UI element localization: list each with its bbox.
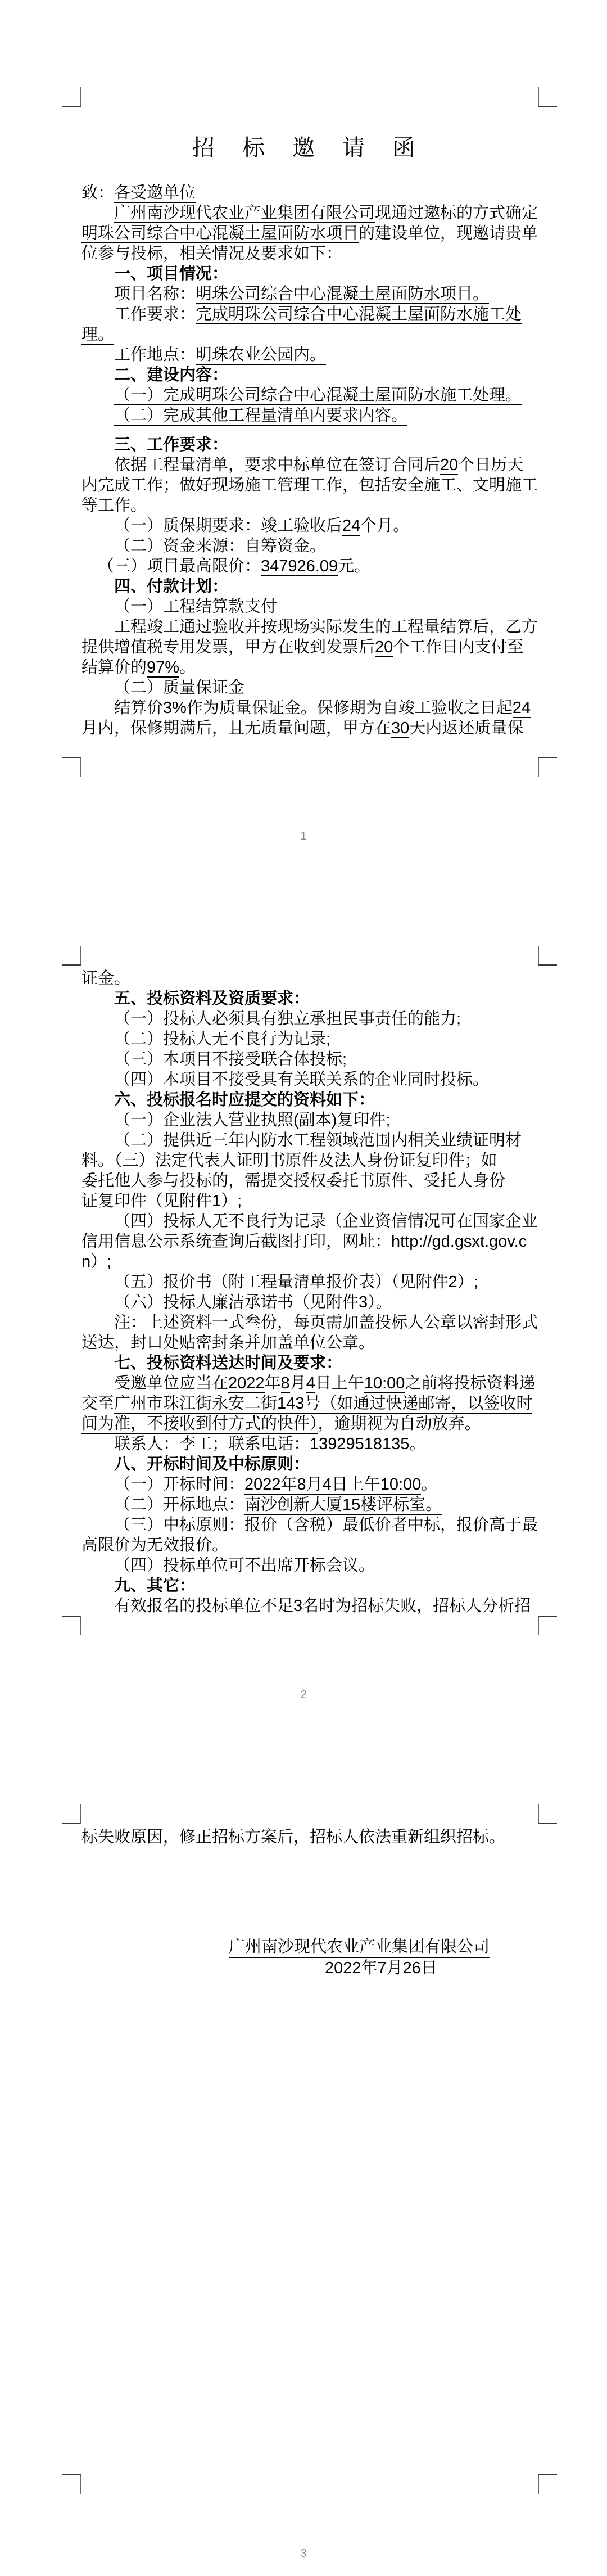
crop-mark-bottom-left-icon: [62, 757, 81, 777]
text-line: 九、其它：: [81, 1576, 540, 1596]
text-line: 注：上述资料一式叁份，每页需加盖投标人公章以密封形式: [81, 1312, 540, 1333]
crop-mark-top-left-icon: [62, 87, 81, 107]
text-segment: 结算价3%作为质量保证金。保修期为自竣工验收之日起: [114, 699, 513, 717]
text-segment: 月: [290, 1374, 306, 1392]
underlined-text: 8: [281, 1374, 290, 1393]
text-line: 致：各受邀单位: [81, 183, 540, 203]
text-segment: 送达，封口处贴密封条并加盖单位公章。: [81, 1334, 375, 1352]
text-segment: 结算价的: [81, 658, 147, 676]
text-segment: 交至: [81, 1395, 114, 1413]
text-segment: 之前将投标资料递: [405, 1374, 535, 1392]
text-segment: 个月。: [360, 517, 409, 535]
text-line: 五、投标资料及资质要求：: [81, 989, 540, 1009]
page-number-3: 3: [0, 2547, 607, 2560]
text-segment: （一）质保期要求：竣工验收后: [114, 517, 342, 535]
text-line: 四、付款计划：: [81, 576, 540, 597]
text-segment: 三、工作要求：: [114, 436, 228, 454]
text-line: （五）报价书（附工程量清单报价表）（见附件2）;: [81, 1272, 540, 1292]
underlined-text: 30: [391, 719, 409, 738]
text-segment: （一）企业法人营业执照(副本)复印件;: [114, 1111, 390, 1129]
text-line: 位参与投标，相关情况及要求如下：: [81, 243, 540, 264]
underlined-text: 24: [513, 699, 531, 718]
text-segment: 委托他人参与投标的，需提交授权委托书原件、受托人身份: [81, 1172, 505, 1190]
text-line: 标失败原因，修正招标方案后，招标人依法重新组织招标。: [81, 1827, 540, 1847]
text-segment: 内完成工作；做好现场施工管理工作，包括安全施工、文明施工: [81, 476, 538, 494]
underlined-text: 间为准，不接收到付方式的快件）: [81, 1415, 318, 1434]
text-segment: 受邀单位应当在: [114, 1374, 228, 1392]
text-segment: 依据工程量清单，要求中标单位在签订合同后: [114, 456, 440, 474]
text-segment: 。: [179, 658, 196, 676]
text-line: （二）资金来源：自筹资金。: [81, 536, 540, 556]
text-line: （二）完成其他工程量清单内要求内容。: [81, 405, 540, 426]
text-segment: （二）投标人无不良行为记录;: [114, 1030, 330, 1048]
text-segment: 四、付款计划：: [114, 578, 228, 595]
underlined-text: 97%: [147, 658, 179, 678]
text-segment: 等工作。: [81, 497, 147, 515]
text-line: （二）开标地点：南沙创新大厦15楼评标室。: [81, 1495, 540, 1515]
text-line: 六、投标报名时应提交的资料如下：: [81, 1090, 540, 1110]
text-line: （一）投标人必须具有独立承担民事责任的能力;: [81, 1009, 540, 1029]
text-segment: （五）报价书（附工程量清单报价表）（见附件2）;: [114, 1273, 478, 1291]
underlined-text: 4: [306, 1374, 315, 1393]
text-segment: （一）工程结算款支付: [114, 598, 277, 616]
underlined-text: 完成明珠公司综合中心混凝土屋面防水施工处: [196, 305, 522, 324]
text-segment: 个工作日内支付至: [393, 638, 523, 656]
text-segment: 日上午: [315, 1374, 364, 1392]
text-line: （四）投标人无不良行为记录（企业资信情况可在国家企业: [81, 1211, 540, 1231]
crop-mark-bottom-right-icon: [538, 1616, 557, 1635]
crop-mark-top-right-icon: [538, 1804, 557, 1824]
crop-mark-bottom-right-icon: [538, 757, 557, 777]
page-number-1: 1: [0, 830, 607, 843]
text-segment: 有效报名的投标单位不足3名时为招标失败，招标人分析招: [114, 1597, 531, 1615]
underlined-text: 20: [375, 638, 393, 657]
underlined-text: 2022: [228, 1374, 265, 1393]
text-segment: 提供增值税专用发票，甲方在收到发票后: [81, 638, 375, 656]
document-viewport: { "doc": { "title": "招 标 邀 请 函", "page_n…: [0, 0, 607, 2576]
text-line: 结算价3%作为质量保证金。保修期为自竣工验收之日起24: [81, 698, 540, 718]
text-line: 送达，封口处贴密封条并加盖单位公章。: [81, 1333, 540, 1353]
text-segment: 证金。: [81, 969, 130, 987]
text-line: 工程竣工通过验收并按现场实际发生的工程量结算后，乙方: [81, 617, 540, 637]
text-segment: （三）中标原则：报价（含税）最低价者中标，报价高于最: [114, 1516, 538, 1534]
text-line: 等工作。: [81, 495, 540, 516]
page-3: 标失败原因，修正招标方案后，招标人依法重新组织招标。 广州南沙现代农业产业集团有…: [0, 1717, 607, 2576]
text-segment: 六、投标报名时应提交的资料如下：: [114, 1091, 375, 1109]
text-segment: 天内返还质量保: [409, 719, 523, 737]
text-segment: （六）投标人廉洁承诺书（见附件3）。: [114, 1293, 392, 1311]
text-segment: 个日历天: [458, 456, 523, 474]
crop-mark-top-right-icon: [538, 87, 557, 107]
text-segment: 标失败原因，修正招标方案后，招标人依法重新组织招标。: [81, 1828, 505, 1846]
text-line: 二、建设内容：: [81, 365, 540, 385]
text-segment: （三）项目最高限价：: [98, 557, 261, 575]
text-line: 理。: [81, 324, 540, 345]
text-line: 工作要求：完成明珠公司综合中心混凝土屋面防水施工处: [81, 304, 540, 324]
text-segment: （二）开标地点：: [114, 1496, 244, 1514]
text-line: 有效报名的投标单位不足3名时为招标失败，招标人分析招: [81, 1596, 540, 1616]
text-segment: 八、开标时间及中标原则：: [114, 1455, 310, 1473]
text-segment: 料。（三）法定代表人证明书原件及法人身份证复印件；如: [81, 1152, 497, 1170]
text-line: （二）质量保证金: [81, 678, 540, 698]
text-segment: （二）提供近三年内防水工程领域范围内相关业绩证明材: [114, 1131, 522, 1149]
text-segment: 月内，保修期满后，且无质量问题，甲方在: [81, 719, 391, 737]
text-segment: （二）质量保证金: [114, 679, 244, 697]
crop-mark-top-left-icon: [62, 946, 81, 966]
text-line: （三）中标原则：报价（含税）最低价者中标，报价高于最: [81, 1515, 540, 1535]
text-segment: 位参与投标，相关情况及要求如下：: [81, 245, 342, 263]
underlined-text: 10:00: [364, 1374, 405, 1393]
text-segment: （一）开标时间：: [114, 1476, 244, 1494]
text-line: 内完成工作；做好现场施工管理工作，包括安全施工、文明施工: [81, 475, 540, 495]
text-segment: （四）本项目不接受具有关联关系的企业同时投标。: [114, 1071, 489, 1089]
underlined-text: 347926.09: [261, 557, 338, 576]
signature-company: 广州南沙现代农业产业集团有限公司: [229, 1937, 490, 1958]
page-1-lines: 致：各受邀单位广州南沙现代农业产业集团有限公司现通过邀标的方式确定明珠公司综合中…: [81, 183, 540, 738]
text-segment: 工程竣工通过验收并按现场实际发生的工程量结算后，乙方: [114, 618, 538, 636]
text-line: （一）企业法人营业执照(副本)复印件;: [81, 1110, 540, 1130]
crop-mark-bottom-right-icon: [538, 2474, 557, 2494]
text-segment: 五、投标资料及资质要求：: [114, 990, 310, 1008]
text-line: （三）本项目不接受联合体投标;: [81, 1049, 540, 1070]
crop-mark-bottom-left-icon: [62, 1616, 81, 1635]
text-line: 项目名称：明珠公司综合中心混凝土屋面防水项目。: [81, 284, 540, 304]
text-segment: 注：上述资料一式叁份，每页需加盖投标人公章以密封形式: [114, 1314, 538, 1332]
page-3-lines: 标失败原因，修正招标方案后，招标人依法重新组织招标。: [81, 1827, 540, 1847]
underlined-text: 各受邀单位: [114, 184, 196, 203]
underlined-text: 明珠公司综合中心混凝土屋面防水项目: [81, 224, 359, 243]
text-line: （四）本项目不接受具有关联关系的企业同时投标。: [81, 1070, 540, 1090]
text-line: 八、开标时间及中标原则：: [81, 1454, 540, 1474]
underlined-text: 广州南沙现代农业产业集团有限公司: [114, 204, 375, 223]
text-segment: （三）本项目不接受联合体投标;: [114, 1050, 347, 1068]
text-segment: （四）投标单位可不出席开标会议。: [114, 1557, 375, 1575]
text-segment: 七、投标资料送达时间及要求：: [114, 1354, 342, 1372]
text-line: 受邀单位应当在2022年8月4日上午10:00之前将投标资料递: [81, 1373, 540, 1393]
page-2: 证金。五、投标资料及资质要求：（一）投标人必须具有独立承担民事责任的能力;（二）…: [0, 859, 607, 1717]
text-line: 联系人：李工；联系电话：13929518135。: [81, 1434, 540, 1454]
text-segment: （二）资金来源：自筹资金。: [114, 537, 326, 555]
text-segment: 一、项目情况：: [114, 265, 228, 283]
text-line: 证金。: [81, 968, 540, 989]
text-segment: 的建设单位，现邀请贵单: [359, 224, 538, 242]
text-line: 间为准，不接收到付方式的快件），逾期视为自动放弃。: [81, 1414, 540, 1434]
crop-mark-bottom-left-icon: [62, 2474, 81, 2494]
text-line: 委托他人参与投标的，需提交授权委托书原件、受托人身份: [81, 1171, 540, 1191]
text-line: 广州南沙现代农业产业集团有限公司现通过邀标的方式确定: [81, 203, 540, 223]
underlined-text: 2022年8月4日上午10:00: [244, 1476, 421, 1495]
crop-mark-top-left-icon: [62, 1804, 81, 1824]
text-line: 提供增值税专用发票，甲方在收到发票后20个工作日内支付至: [81, 637, 540, 657]
text-line: 一、项目情况：: [81, 264, 540, 284]
text-line: 证复印件（见附件1）;: [81, 1191, 540, 1211]
underlined-text: 理。: [81, 326, 114, 345]
text-segment: 工作地点：: [114, 346, 196, 364]
text-line: n）;: [81, 1252, 540, 1272]
text-segment: 工作要求：: [114, 305, 196, 323]
text-line: 交至广州市珠江街永安二街143号（如通过快递邮寄，以签收时: [81, 1393, 540, 1414]
text-segment: 联系人：李工；联系电话：13929518135。: [114, 1435, 425, 1453]
text-line: 结算价的97%。: [81, 657, 540, 678]
underlined-text: 20: [440, 456, 458, 475]
text-segment: 高限价为无效报价。: [81, 1536, 228, 1554]
underlined-text: 明珠公司综合中心混凝土屋面防水项目。: [196, 285, 489, 304]
underlined-text: 南沙创新大厦15楼评标室。: [244, 1496, 442, 1515]
text-segment: 。: [421, 1476, 437, 1494]
text-line: 三、工作要求：: [81, 435, 540, 455]
text-line: （一）开标时间：2022年8月4日上午10:00。: [81, 1474, 540, 1495]
underlined-text: 广州市珠江街永安二街143号（如通过快递邮寄，以签收时: [114, 1395, 532, 1414]
text-segment: 元。: [338, 557, 370, 575]
text-line: 高限价为无效报价。: [81, 1535, 540, 1555]
text-segment: （四）投标人无不良行为记录（企业资信情况可在国家企业: [114, 1212, 538, 1230]
text-segment: 致：: [81, 184, 114, 202]
underlined-text: （一）完成明珠公司综合中心混凝土屋面防水施工处理。: [114, 386, 522, 405]
text-line: （一）质保期要求：竣工验收后24个月。: [81, 516, 540, 536]
text-segment: 信用信息公示系统查询后截图打印，网址：http://gd.gsxt.gov.c: [81, 1233, 527, 1251]
underlined-text: 明珠农业公园内。: [196, 346, 326, 365]
text-line: （六）投标人廉洁承诺书（见附件3）。: [81, 1292, 540, 1312]
text-segment: 二、建设内容：: [114, 366, 228, 384]
page-number-2: 2: [0, 1689, 607, 1702]
document-title: 招 标 邀 请 函: [0, 130, 607, 162]
underlined-text: 24: [342, 517, 360, 536]
signature-date: 2022年7月26日: [325, 1958, 437, 1978]
text-line: （三）项目最高限价：347926.09元。: [81, 556, 540, 576]
text-segment: ，逾期视为自动放弃。: [318, 1415, 481, 1433]
text-segment: n）;: [81, 1253, 111, 1271]
text-line: 月内，保修期满后，且无质量问题，甲方在30天内返还质量保: [81, 718, 540, 738]
text-line: （二）提供近三年内防水工程领域范围内相关业绩证明材: [81, 1130, 540, 1151]
text-line: （四）投标单位可不出席开标会议。: [81, 1555, 540, 1576]
text-line: 信用信息公示系统查询后截图打印，网址：http://gd.gsxt.gov.c: [81, 1231, 540, 1252]
text-segment: （一）投标人必须具有独立承担民事责任的能力;: [114, 1010, 461, 1028]
text-line: 七、投标资料送达时间及要求：: [81, 1353, 540, 1373]
page-1: 招 标 邀 请 函 致：各受邀单位广州南沙现代农业产业集团有限公司现通过邀标的方…: [0, 0, 607, 859]
text-segment: 九、其它：: [114, 1577, 196, 1595]
text-line: （二）投标人无不良行为记录;: [81, 1029, 540, 1049]
text-line: （一）工程结算款支付: [81, 597, 540, 617]
text-line: 明珠公司综合中心混凝土屋面防水项目的建设单位，现邀请贵单: [81, 223, 540, 243]
underlined-text: （二）完成其他工程量清单内要求内容。: [114, 407, 407, 426]
text-segment: 年: [265, 1374, 281, 1392]
text-segment: 证复印件（见附件1）;: [81, 1192, 242, 1210]
text-segment: 项目名称：: [114, 285, 196, 303]
text-line: （一）完成明珠公司综合中心混凝土屋面防水施工处理。: [81, 385, 540, 405]
text-segment: 现通过邀标的方式确定: [375, 204, 538, 222]
text-line: 工作地点：明珠农业公园内。: [81, 345, 540, 365]
text-line: 依据工程量清单，要求中标单位在签订合同后20个日历天: [81, 455, 540, 475]
text-line: 料。（三）法定代表人证明书原件及法人身份证复印件；如: [81, 1151, 540, 1171]
crop-mark-top-right-icon: [538, 946, 557, 966]
page-2-lines: 证金。五、投标资料及资质要求：（一）投标人必须具有独立承担民事责任的能力;（二）…: [81, 968, 540, 1616]
